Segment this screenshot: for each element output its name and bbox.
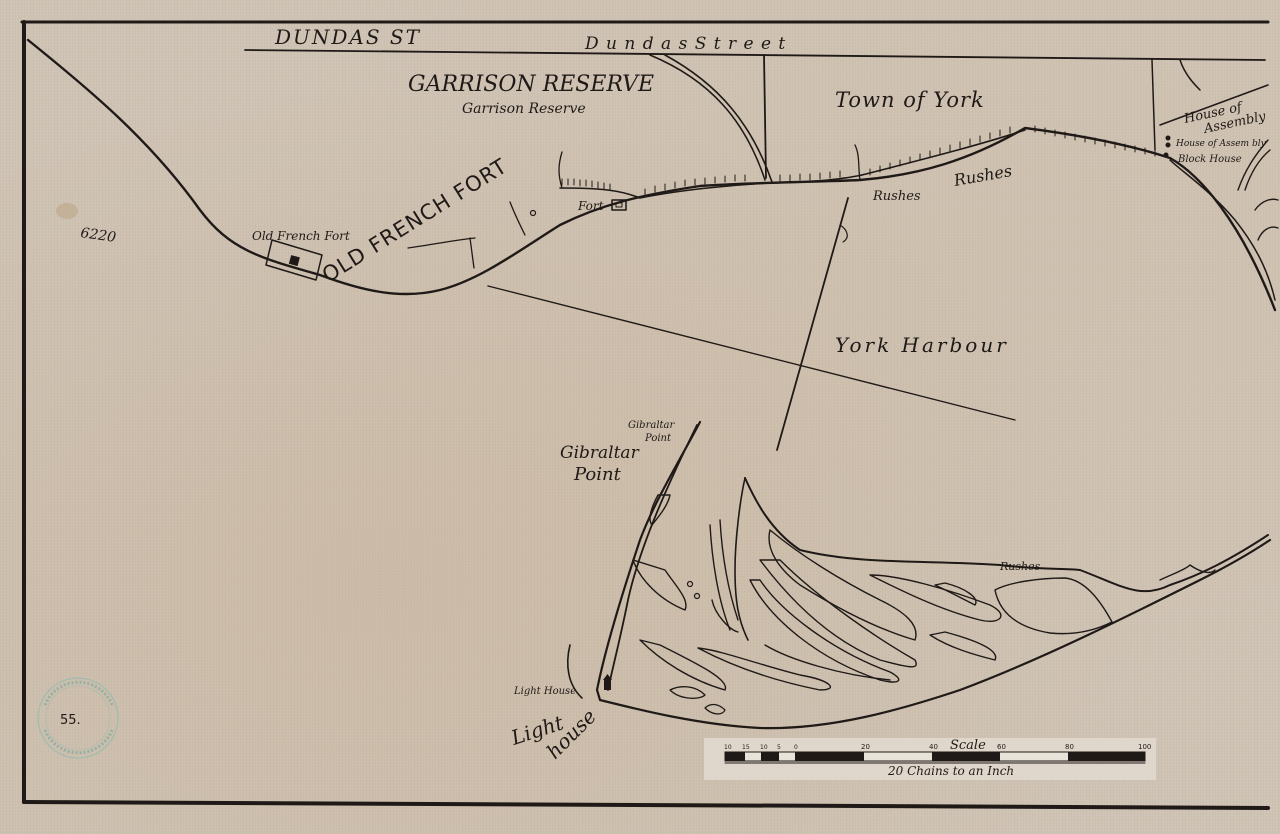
scale-tick-0: 0	[794, 744, 798, 751]
scale-tick-40: 40	[929, 743, 938, 751]
label-catalog-number: 6220	[79, 225, 117, 246]
label-town-of-york: Town of York	[835, 88, 985, 112]
scale-caption: 20 Chains to an Inch	[887, 764, 1014, 778]
scale-tick-60: 60	[997, 743, 1006, 751]
stain	[56, 203, 78, 219]
scale-tick-15: 15	[742, 744, 750, 751]
label-old-french-fort-small: Old French Fort	[252, 229, 350, 243]
harbour-survey-lines	[488, 198, 1015, 450]
label-light-house-small: Light House	[513, 686, 576, 697]
label-gibraltar-point-small-2: Point	[644, 433, 672, 444]
label-gibraltar-point-1: Gibraltar	[560, 443, 640, 463]
map-sheet: DUNDAS ST D u n d a s S t r e e t GARRIS…	[0, 0, 1280, 834]
scale-tick-80: 80	[1065, 743, 1074, 751]
scale-tick-5: 5	[777, 744, 781, 751]
garrison-creek	[650, 55, 772, 182]
scale-tick-10a: 10	[724, 744, 732, 751]
label-dundas-street: D u n d a s S t r e e t	[584, 34, 786, 54]
map-canvas: DUNDAS ST D u n d a s S t r e e t GARRIS…	[0, 0, 1280, 834]
label-house-of-assembly-small: House of Assem bly	[1175, 139, 1267, 149]
map-border	[22, 22, 1268, 808]
label-block-house: Block House	[1177, 154, 1242, 165]
scale-tick-20: 20	[861, 743, 870, 751]
label-rushes-1: Rushes	[872, 189, 921, 204]
label-york-harbour: York Harbour	[835, 333, 1009, 357]
scale-tick-100: 100	[1138, 743, 1151, 751]
label-garrison-reserve: GARRISON RESERVE	[408, 72, 654, 97]
label-stamp-number: 55.	[60, 713, 81, 728]
peninsula	[568, 422, 1270, 728]
label-dundas-st: DUNDAS ST	[274, 25, 421, 49]
label-gibraltar-point-2: Point	[573, 464, 622, 485]
house-of-assembly-area	[1152, 60, 1278, 300]
scale-title: Scale	[950, 738, 986, 753]
label-old-french-fort: OLD FRENCH FORT	[318, 154, 512, 287]
label-rushes-2: Rushes	[951, 161, 1013, 190]
label-gibraltar-point-small-1: Gibraltar	[628, 420, 676, 431]
label-garrison-reserve-small: Garrison Reserve	[462, 101, 586, 117]
label-rushes-3: Rushes	[999, 560, 1041, 573]
label-fort: Fort	[577, 199, 604, 213]
scale-tick-10b: 10	[760, 744, 768, 751]
